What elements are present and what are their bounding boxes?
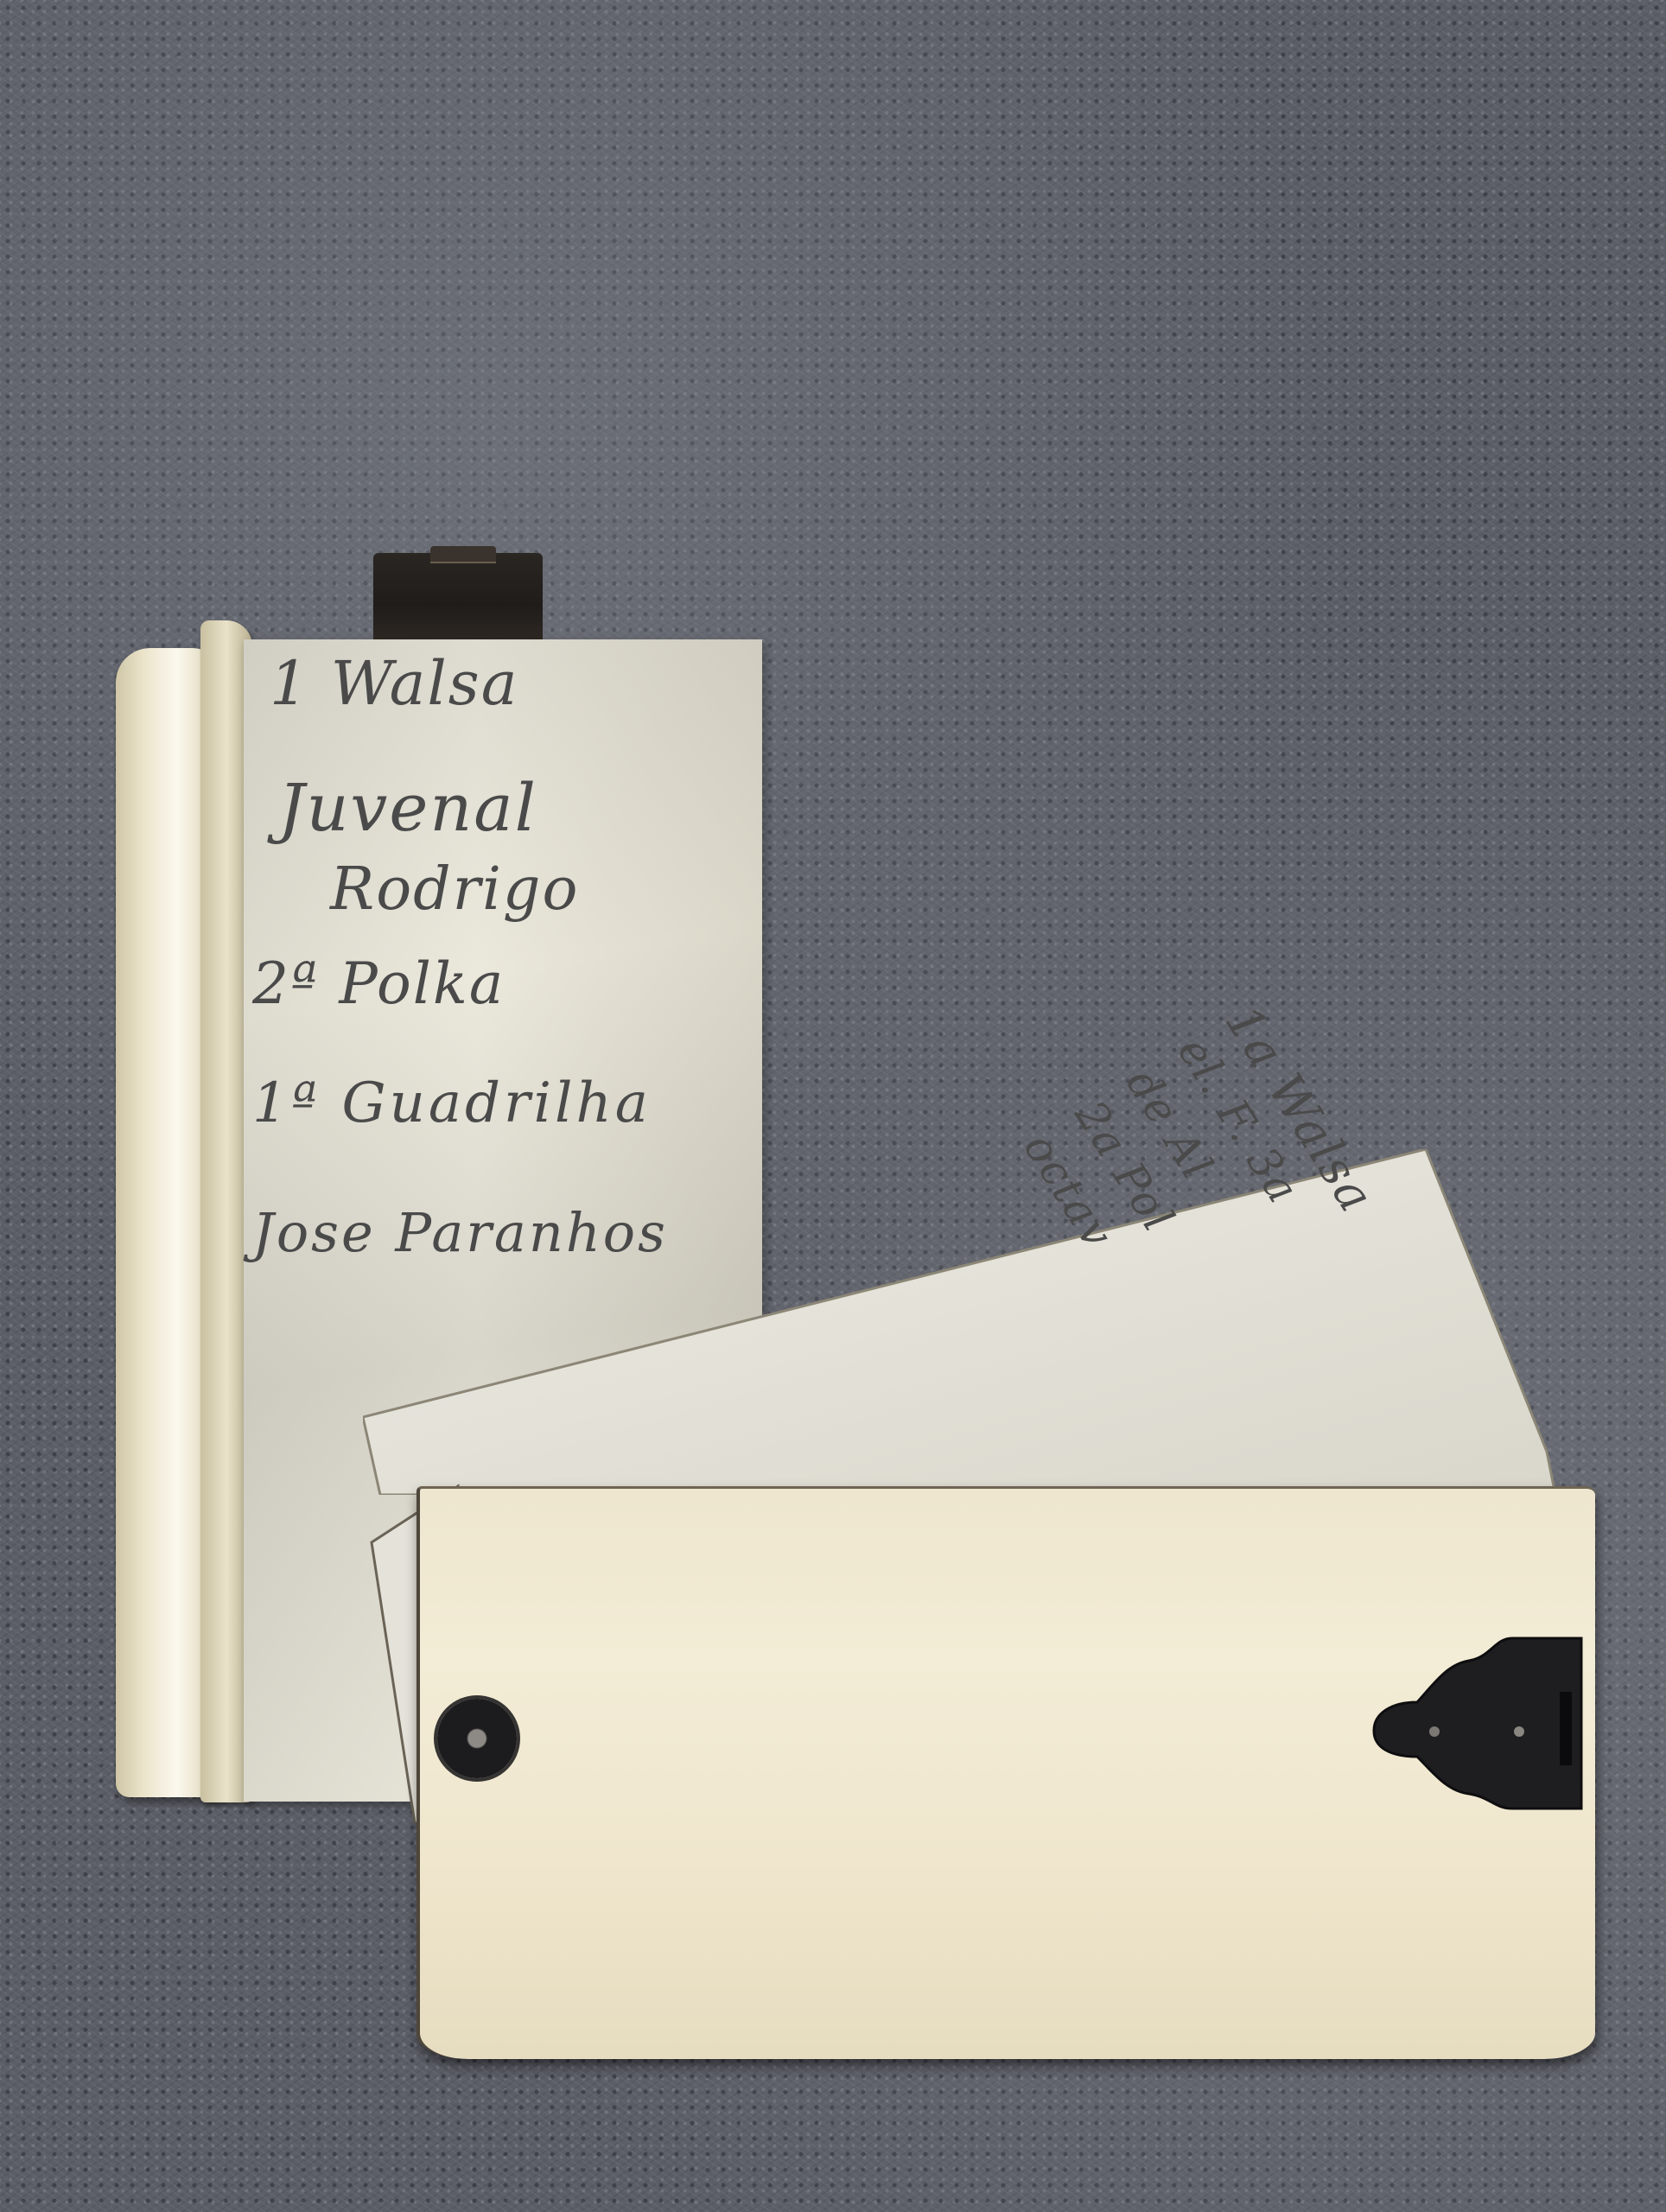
leaf1-line-5: 1ª Guadrilha	[252, 1071, 652, 1135]
rosette-rivet-icon	[437, 1699, 517, 1778]
leaf1-line-3: Rodrigo	[330, 855, 579, 924]
leaf1-line-4: 2ª Polka	[252, 950, 505, 1017]
metal-clip-icon	[373, 553, 543, 641]
metal-clasp-icon	[1365, 1631, 1599, 1813]
leaf1-line-2: Juvenal	[278, 769, 537, 846]
leaf1-line-1: 1 Walsa	[270, 648, 518, 719]
